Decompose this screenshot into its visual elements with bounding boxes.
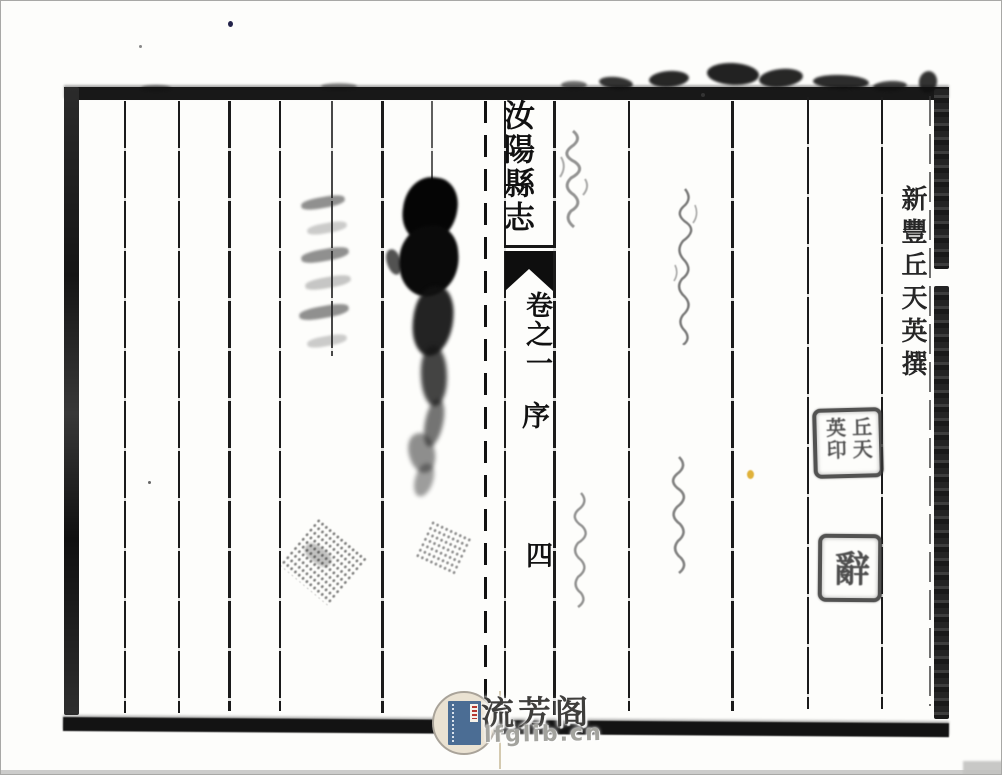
dust-speck	[228, 21, 233, 27]
ink-smudge	[304, 273, 351, 292]
ink-blotch	[706, 62, 759, 87]
dust-speck	[139, 45, 142, 48]
ink-smudge	[300, 245, 349, 265]
fishtail-mark	[505, 251, 553, 291]
scanned-gazetteer-page: 汝陽縣志 卷之一 序 四 新豐丘天英撰 丘天英印 辭	[0, 0, 1002, 775]
scan-corner-shadow	[963, 761, 1002, 775]
column-rule	[279, 101, 281, 711]
frame-right-border-upper	[934, 89, 949, 269]
column-rule	[731, 101, 734, 711]
page-number: 四	[510, 541, 550, 581]
ink-smudge	[298, 302, 349, 323]
ink-smudge	[306, 220, 347, 237]
column-rule	[228, 101, 231, 711]
book-stitch-detail	[452, 704, 454, 742]
seal-characters: 丘天英印	[821, 416, 874, 469]
dust-speck	[701, 93, 705, 97]
ink-smudge	[300, 193, 345, 211]
section-label: 序	[508, 401, 548, 445]
column-rule	[807, 97, 809, 709]
faded-text-smudge	[665, 185, 705, 345]
ink-blotch	[648, 70, 689, 89]
faded-text-smudge	[559, 489, 601, 611]
ink-blotch	[141, 85, 171, 91]
author-seal-lower: 辭	[818, 534, 883, 603]
ink-speckle-patch	[414, 519, 473, 577]
ink-blotch	[758, 67, 804, 90]
watermark-site-domain: lfglib.cn	[484, 721, 603, 748]
thread-bound-book-icon	[448, 701, 481, 745]
author-attribution: 新豐丘天英撰	[885, 185, 925, 417]
spine-divider-rule	[504, 245, 554, 248]
author-seal-upper: 丘天英印	[812, 407, 884, 479]
scan-bottom-edge	[1, 770, 1002, 775]
frame-right-inner-rule	[929, 96, 931, 706]
column-rule	[628, 101, 630, 711]
yellow-stain	[747, 470, 754, 479]
column-rule	[381, 101, 384, 713]
column-rule	[178, 101, 180, 713]
column-rule	[881, 97, 883, 709]
faded-text-smudge	[659, 453, 701, 579]
frame-right-border-lower	[934, 286, 949, 719]
column-rule	[431, 101, 433, 181]
ink-blob	[419, 345, 449, 407]
faded-text-smudge	[551, 127, 597, 231]
book-title: 汝陽縣志	[487, 99, 531, 251]
column-rule	[124, 101, 126, 713]
seal-characters: 辭	[824, 550, 875, 586]
book-label-text-marks	[472, 706, 477, 719]
ink-blotch	[561, 81, 587, 89]
volume-label: 卷之一	[506, 291, 550, 391]
dust-speck	[148, 481, 151, 484]
frame-left-border	[64, 87, 79, 715]
ink-smudge	[306, 333, 347, 350]
ink-blotch	[321, 83, 357, 90]
